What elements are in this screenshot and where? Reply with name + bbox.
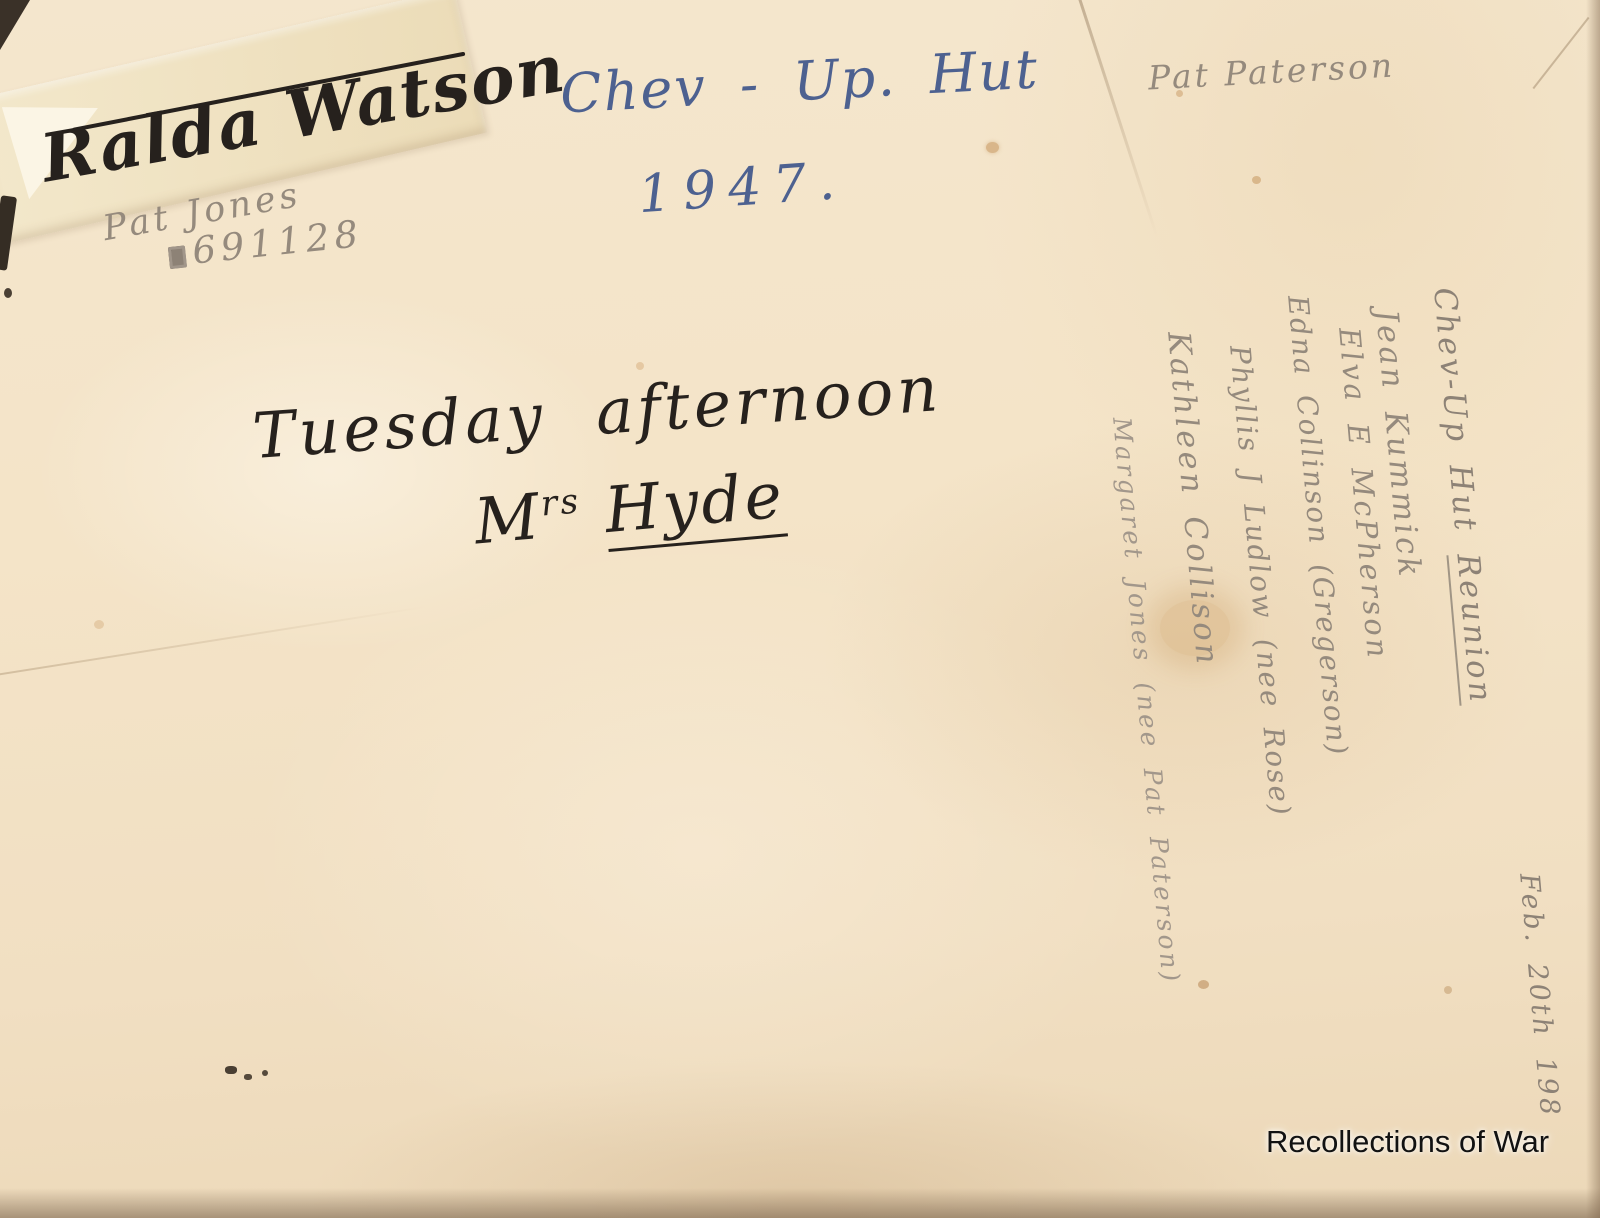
caption-mrs-prefix: M [471,480,545,559]
stain [1444,986,1452,994]
bottom-edge-shadow [0,1188,1600,1218]
stain [636,362,644,370]
vertical-note-heading: Chev-Up Hut Reunion [1426,286,1498,706]
pencil-pat-paterson: Pat Paterson [1147,46,1396,98]
caption-name-hyde: Hyde [602,459,788,552]
caption-line-1: Tuesday afternoon [250,352,944,473]
ink-title: Chev - Up. Hut [559,38,1041,126]
vertical-note-name: Phyllis J Ludlow (nee Rose) [1223,344,1297,818]
caption-mrs-superscript: rs [539,481,583,524]
crease-line [0,606,427,677]
ink-speck [244,1074,252,1080]
ink-speck [262,1070,268,1076]
right-edge-shadow [1586,0,1600,1218]
heading-reunion: Reunion [1446,552,1498,706]
edge-mark [0,195,17,271]
ink-year: 1947. [636,151,849,225]
scribbled-out-character [168,245,187,269]
photo-back-scan: Ralda Watson Pat Jones 691128 Chev - Up.… [0,0,1600,1218]
stain [1252,176,1261,184]
vertical-note-date: Feb. 20th 198 [1513,872,1565,1119]
crease-line [1533,17,1590,89]
signature-ralda-watson: Ralda Watson [35,28,571,197]
corner-mark [0,0,30,50]
vertical-note-name: Margaret Jones (nee Pat Paterson) [1107,416,1185,985]
stain [1198,980,1209,989]
stain [94,620,104,629]
heading-prefix: Chev-Up Hut [1426,286,1483,535]
watermark-recollections-of-war: Recollections of War [1266,1124,1549,1160]
caption-line-2: Mrs Hyde [471,459,787,559]
stain [986,142,999,153]
ink-speck [225,1066,237,1074]
edge-speck [4,288,12,298]
crease-line [1072,0,1158,237]
